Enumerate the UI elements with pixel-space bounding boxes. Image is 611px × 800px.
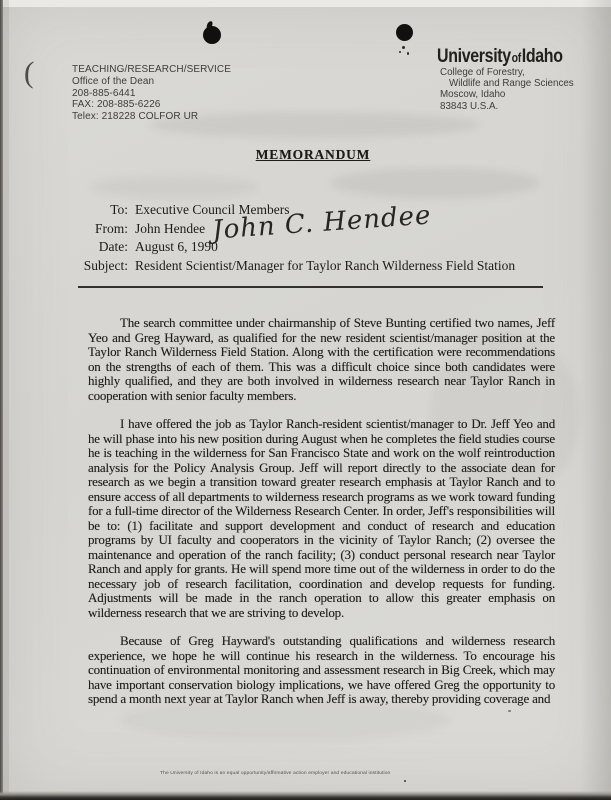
from-label: From: (58, 222, 128, 236)
date-label: Date: (58, 240, 128, 254)
ink-speck (404, 780, 406, 782)
city-line: Moscow, Idaho (440, 89, 574, 100)
scan-edge-top (0, 0, 611, 7)
from-value: John Hendee (135, 222, 205, 236)
logo-word-idaho: Idaho (522, 46, 563, 67)
university-of-idaho-logo: UniversityofIdaho (437, 46, 563, 68)
memorandum-title: MEMORANDUM (88, 147, 538, 163)
handwritten-paren-mark: ( (23, 56, 34, 90)
scan-edge-left-shadow (3, 0, 9, 800)
ink-speck (399, 51, 401, 53)
scan-smudge (90, 176, 260, 198)
logo-word-of: of (512, 51, 521, 65)
date-value: August 6, 1990 (135, 240, 218, 254)
subject-value: Resident Scientist/Manager for Taylor Ra… (135, 259, 515, 273)
to-label: To: (58, 203, 128, 217)
scanned-memo-page: ( TEACHING/RESEARCH/SERVICE Office of th… (0, 0, 611, 800)
letterhead-left-block: TEACHING/RESEARCH/SERVICE Office of the … (72, 64, 231, 123)
punch-dot-right (396, 24, 413, 41)
memo-body: The search committee under chairmanship … (88, 316, 555, 721)
memo-row-subject: Subject: Resident Scientist/Manager for … (58, 259, 515, 273)
college-line-2: Wildlife and Range Sciences (440, 78, 574, 89)
ink-speck (407, 52, 409, 55)
body-paragraph-2: I have offered the job as Taylor Ranch-r… (88, 417, 555, 620)
letterhead-office: Office of the Dean (72, 76, 231, 88)
ink-speck (402, 46, 405, 49)
letterhead-department: TEACHING/RESEARCH/SERVICE (72, 64, 231, 76)
letterhead-fax: FAX: 208-885-6226 (72, 99, 231, 111)
scan-edge-right-shade (581, 0, 611, 800)
logo-word-university: University (437, 46, 511, 67)
subject-label: Subject: (58, 259, 128, 273)
punch-dot-left (203, 26, 221, 44)
body-paragraph-1: The search committee under chairmanship … (88, 316, 555, 403)
body-paragraph-3: Because of Greg Hayward's outstanding qu… (88, 634, 555, 707)
letterhead-phone: 208-885-6441 (72, 88, 231, 100)
scan-edge-bottom (0, 791, 611, 800)
zip-line: 83843 U.S.A. (440, 101, 574, 112)
header-divider-rule (78, 286, 543, 288)
equal-opportunity-footer: The University of Idaho is an equal oppo… (160, 770, 430, 775)
letterhead-telex: Telex: 218228 COLFOR UR (72, 111, 231, 123)
memo-row-date: Date: August 6, 1990 (58, 240, 515, 254)
college-line: College of Forestry, (440, 67, 574, 78)
scan-smudge (330, 168, 540, 198)
letterhead-right-block: College of Forestry, Wildlife and Range … (440, 67, 574, 112)
